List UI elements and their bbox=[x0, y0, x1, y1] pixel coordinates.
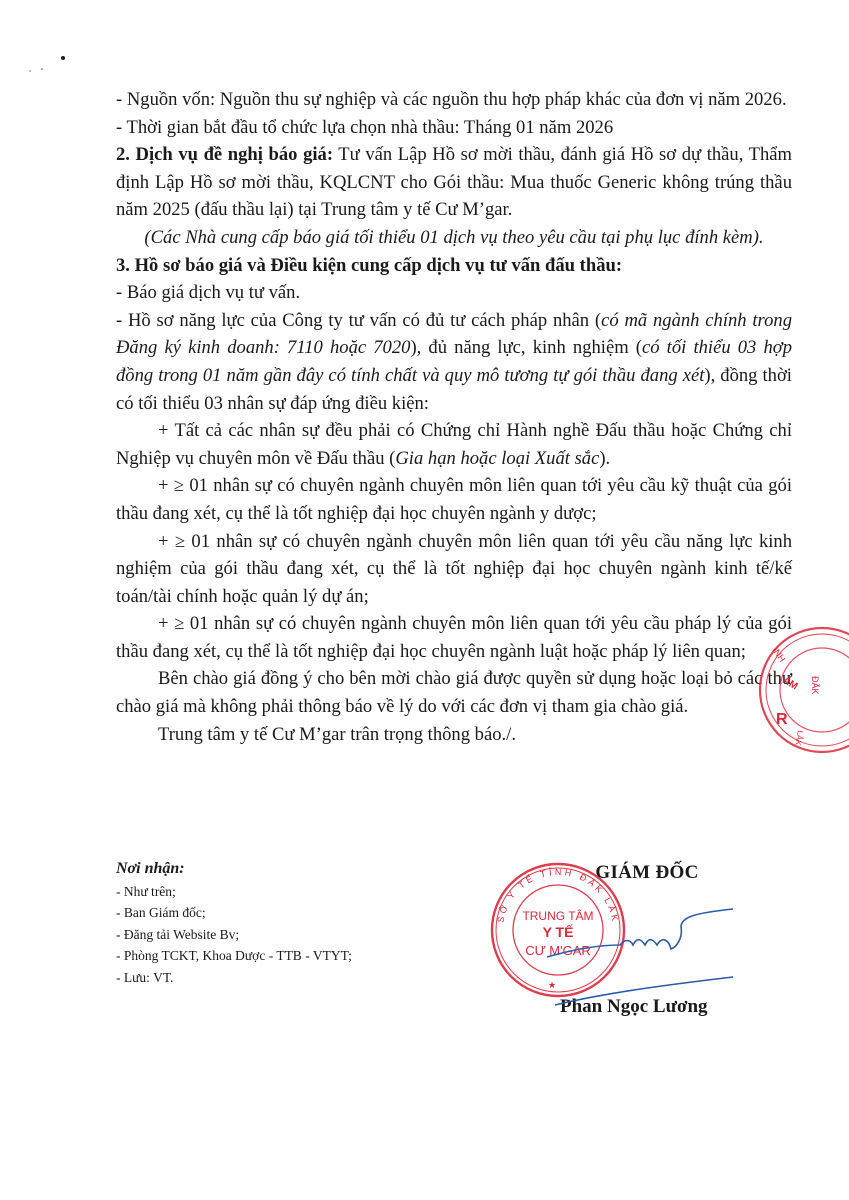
quote-item: - Báo giá dịch vụ tư vấn. bbox=[116, 279, 792, 307]
recipient-item: - Phòng TCKT, Khoa Dược - TTB - VTYT; bbox=[116, 945, 352, 967]
capacity-text-a: - Hồ sơ năng lực của Công ty tư vấn có đ… bbox=[116, 310, 601, 331]
recipients-block: Nơi nhận: - Như trên; - Ban Giám đốc; - … bbox=[116, 858, 352, 988]
svg-text:LẮK: LẮK bbox=[793, 730, 805, 747]
recipient-item: - Ban Giám đốc; bbox=[116, 902, 352, 924]
recipient-item: - Như trên; bbox=[116, 881, 352, 903]
requirement-certificate: + Tất cả các nhân sự đều phải có Chứng c… bbox=[116, 417, 792, 472]
requirement-finance: + ≥ 01 nhân sự có chuyên ngành chuyên mô… bbox=[116, 528, 792, 611]
req-cert-b: Gia hạn hoặc loại Xuất sắc bbox=[395, 448, 599, 469]
letter-body: - Nguồn vốn: Nguồn thu sự nghiệp và các … bbox=[116, 86, 792, 748]
recipients-title: Nơi nhận: bbox=[116, 858, 352, 880]
svg-text:ĐẮK: ĐẮK bbox=[810, 676, 820, 695]
recipient-item: - Lưu: VT. bbox=[116, 967, 352, 989]
funding-source-line: - Nguồn vốn: Nguồn thu sự nghiệp và các … bbox=[116, 86, 792, 114]
recipient-item: - Đăng tải Website Bv; bbox=[116, 924, 352, 946]
closing-line: Trung tâm y tế Cư M’gar trân trọng thông… bbox=[116, 721, 792, 749]
start-time-line: - Thời gian bắt đầu tổ chức lựa chọn nhà… bbox=[116, 114, 792, 142]
svg-text:R: R bbox=[776, 711, 788, 728]
svg-text:ÂM: ÂM bbox=[781, 673, 801, 692]
capacity-text-c: ), đủ năng lực, kinh nghiệm ( bbox=[410, 337, 642, 358]
section-2-note: (Các Nhà cung cấp báo giá tối thiểu 01 d… bbox=[116, 224, 792, 252]
section-3-heading: 3. Hồ sơ báo giá và Điều kiện cung cấp d… bbox=[116, 252, 792, 280]
capacity-item: - Hồ sơ năng lực của Công ty tư vấn có đ… bbox=[116, 307, 792, 417]
req-cert-c: ). bbox=[599, 448, 610, 469]
rights-clause: Bên chào giá đồng ý cho bên mời chào giá… bbox=[116, 665, 792, 720]
section-2-heading: 2. Dịch vụ đề nghị báo giá: bbox=[116, 144, 333, 165]
requirement-technical: + ≥ 01 nhân sự có chuyên ngành chuyên mô… bbox=[116, 472, 792, 527]
requirement-legal: + ≥ 01 nhân sự có chuyên ngành chuyên mô… bbox=[116, 610, 792, 665]
handwritten-signature bbox=[545, 905, 735, 1015]
section-2: 2. Dịch vụ đề nghị báo giá: Tư vấn Lập H… bbox=[116, 141, 792, 224]
edge-seal-stamp: INH ÂM ĐẮK R LẮK bbox=[752, 620, 849, 760]
